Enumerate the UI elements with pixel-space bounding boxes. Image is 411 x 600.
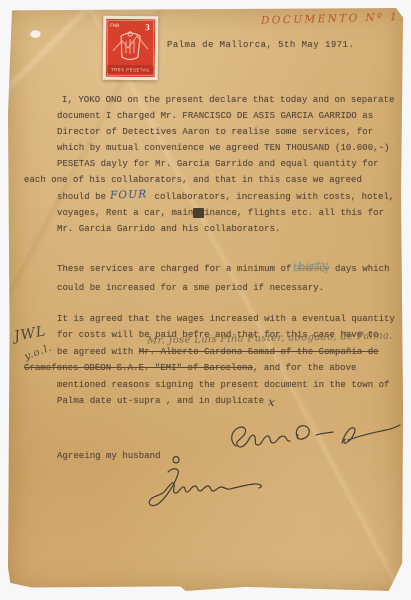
doc-number-annotation: DOCUMENTO Nº 1 <box>261 11 399 27</box>
stamp-issuer-text: FNB <box>110 23 119 28</box>
typed-line: be agreed with Mr. Alberto Cardona Samad… <box>57 344 395 360</box>
ink-blot-correction: te <box>193 208 204 218</box>
yoko-ono-signature <box>226 408 403 460</box>
fiscal-stamp: FNB 3 TRES PESETAS <box>103 16 159 81</box>
document-scan: FNB 3 TRES PESETAS DOCUMENTO Nº 1 Palma … <box>0 0 411 600</box>
typed-line: document I charged Mr. FRANCISCO DE ASIS… <box>57 108 395 124</box>
typed-line: Director of Detectives Aaron to realise … <box>57 124 395 140</box>
typed-line: should beFOURcollaborators, increasing w… <box>57 188 395 205</box>
typed-line: which by mutual convenience we agreed TE… <box>57 140 395 156</box>
typed-line: PESETAS dayly for Mr. Garcia Garrido and… <box>57 156 395 172</box>
handwritten-thirty: thirty <box>292 255 329 277</box>
typed-line: mentioned reasons signing the present do… <box>57 377 395 393</box>
typed-line: Gramofones ODEON S.A.E. "EMI" of Barcelo… <box>24 360 395 376</box>
typed-fragment: collaborators, increasing with costs, ho… <box>155 192 395 202</box>
stamp-denomination: 3 <box>145 22 150 32</box>
typed-fragment: be agreed with <box>57 347 133 357</box>
typed-line: Palma date ut-supra , and in duplicate <box>57 393 395 409</box>
typed-line: could be increased for a sme period if n… <box>57 279 390 298</box>
typed-line: I, YOKO ONO on the present declare that … <box>62 92 395 108</box>
typed-line: It is agreed that the wages increased wi… <box>57 311 395 327</box>
stamp-artwork: FNB 3 TRES PESETAS <box>106 19 156 78</box>
typed-line: voyages, Rent a car, mainteinance, fligh… <box>57 205 395 221</box>
paragraph-2: These services are charged for a minimum… <box>57 260 390 298</box>
typed-fragment: should be <box>57 192 106 202</box>
stamp-value-text: TRES PESETAS <box>111 67 150 72</box>
typed-line: These services are charged for a minimum… <box>57 260 390 279</box>
paragraph-1: I, YOKO ONO on the present declare that … <box>57 92 395 237</box>
struck-typed-text: Gramofones ODEON S.A.E. "EMI" of Barcelo… <box>24 363 253 373</box>
typed-fragment: , and for the above <box>253 363 357 373</box>
typed-fragment: voyages, Rent a car, main <box>57 208 193 218</box>
typed-fragment: inance, flights etc. all this for <box>204 208 384 218</box>
typed-fragment: days which <box>335 264 390 274</box>
typed-line: each one of his collaborators, and that … <box>24 172 395 188</box>
handwritten-four: FOUR <box>110 186 148 203</box>
dateline: Palma de Mallorca, 5th May 1971. <box>167 40 354 50</box>
margin-initials-jwl: JWL <box>13 323 48 344</box>
paragraph-3: It is agreed that the wages increased wi… <box>57 311 395 409</box>
struck-typed-text: Mr. Alberto Cardona Samad of the Compañi… <box>139 347 379 357</box>
typed-line: Mr. Garcia Garrido and his collaborators… <box>57 221 395 237</box>
typed-fragment: These services are charged for a minimum… <box>57 264 291 274</box>
john-lennon-signature <box>128 456 278 514</box>
corrected-word: thistythirty <box>297 264 330 274</box>
